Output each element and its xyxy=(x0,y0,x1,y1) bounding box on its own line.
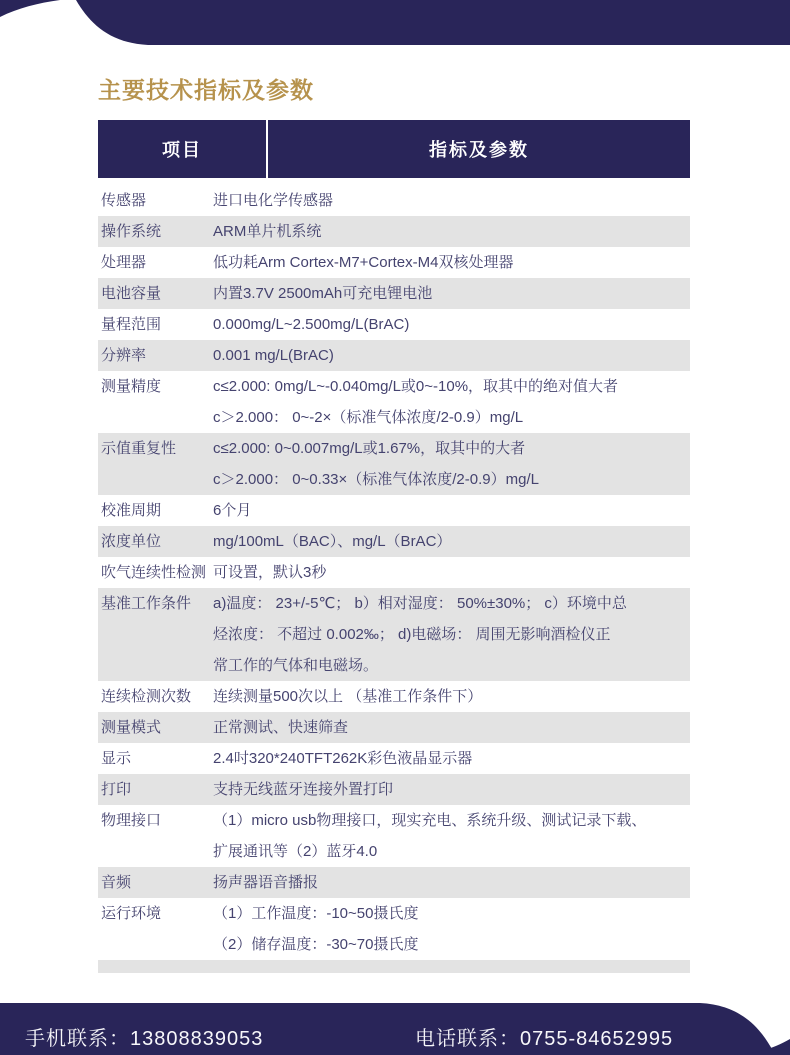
value-line: 扩展通讯等（2）蓝牙4.0 xyxy=(213,836,690,867)
value-line: 烃浓度： 不超过 0.002‰； d)电磁场： 周围无影响酒检仪正 xyxy=(213,619,690,650)
row-value: 支持无线蓝牙连接外置打印 xyxy=(213,774,690,805)
page-title: 主要技术指标及参数 xyxy=(98,72,314,105)
row-label: 连续检测次数 xyxy=(98,681,213,712)
value-line: c＞2.000： 0~-2×（标准气体浓度/2-0.9）mg/L xyxy=(213,402,690,433)
value-line: 6个月 xyxy=(213,495,690,526)
table-row: 操作系统ARM单片机系统 xyxy=(98,216,690,247)
value-line: 进口电化学传感器 xyxy=(213,185,690,216)
row-value: 正常测试、快速筛查 xyxy=(213,712,690,743)
row-label: 浓度单位 xyxy=(98,526,213,557)
table-row: 传感器进口电化学传感器 xyxy=(98,185,690,216)
row-value: ARM单片机系统 xyxy=(213,216,690,247)
table-row: 电池容量内置3.7V 2500mAh可充电锂电池 xyxy=(98,278,690,309)
header-col-spec: 指标及参数 xyxy=(268,120,690,178)
table-row: 测量模式正常测试、快速筛查 xyxy=(98,712,690,743)
table-row: 音频扬声器语音播报 xyxy=(98,867,690,898)
value-line: 2.4吋320*240TFT262K彩色液晶显示器 xyxy=(213,743,690,774)
row-value: 0.001 mg/L(BrAC) xyxy=(213,340,690,371)
value-line: a)温度： 23+/-5℃； b）相对湿度： 50%±30%； c）环境中总 xyxy=(213,588,690,619)
top-banner-shape xyxy=(0,0,790,60)
row-value: 低功耗Arm Cortex-M7+Cortex-M4双核处理器 xyxy=(213,247,690,278)
row-label: 运行环境 xyxy=(98,898,213,929)
table-row: 处理器低功耗Arm Cortex-M7+Cortex-M4双核处理器 xyxy=(98,247,690,278)
row-label: 测量精度 xyxy=(98,371,213,402)
value-line: c＞2.000： 0~0.33×（标准气体浓度/2-0.9）mg/L xyxy=(213,464,690,495)
table-row: 校准周期6个月 xyxy=(98,495,690,526)
table-row: 量程范围0.000mg/L~2.500mg/L(BrAC) xyxy=(98,309,690,340)
spec-table-body: 传感器进口电化学传感器操作系统ARM单片机系统处理器低功耗Arm Cortex-… xyxy=(98,185,690,973)
row-label: 传感器 xyxy=(98,185,213,216)
row-label: 吹气连续性检测 xyxy=(98,557,213,588)
value-line: （1）micro usb物理接口，现实充电、系统升级、测试记录下载、 xyxy=(213,805,690,836)
value-line: 常工作的气体和电磁场。 xyxy=(213,650,690,681)
value-line: ARM单片机系统 xyxy=(213,216,690,247)
footer-mobile-contact: 手机联系：13808839053 xyxy=(25,1022,263,1051)
row-value: 连续测量500次以上 （基准工作条件下） xyxy=(213,681,690,712)
value-line: 支持无线蓝牙连接外置打印 xyxy=(213,774,690,805)
row-value: 6个月 xyxy=(213,495,690,526)
value-line: 内置3.7V 2500mAh可充电锂电池 xyxy=(213,278,690,309)
row-label: 处理器 xyxy=(98,247,213,278)
table-header: 项目 指标及参数 xyxy=(98,120,690,178)
table-row: 吹气连续性检测可设置，默认3秒 xyxy=(98,557,690,588)
row-label: 物理接口 xyxy=(98,805,213,836)
value-line: 正常测试、快速筛查 xyxy=(213,712,690,743)
row-label: 音频 xyxy=(98,867,213,898)
row-label: 测量模式 xyxy=(98,712,213,743)
row-value: 扬声器语音播报 xyxy=(213,867,690,898)
header-col-item: 项目 xyxy=(98,120,266,178)
table-row: 示值重复性c≤2.000: 0~0.007mg/L或1.67%，取其中的大者c＞… xyxy=(98,433,690,495)
empty-row-strip xyxy=(98,960,690,973)
row-label: 示值重复性 xyxy=(98,433,213,464)
table-row: 显示2.4吋320*240TFT262K彩色液晶显示器 xyxy=(98,743,690,774)
row-value: 内置3.7V 2500mAh可充电锂电池 xyxy=(213,278,690,309)
value-line: 0.001 mg/L(BrAC) xyxy=(213,340,690,371)
spec-table: 项目 指标及参数 传感器进口电化学传感器操作系统ARM单片机系统处理器低功耗Ar… xyxy=(98,120,690,973)
row-value: a)温度： 23+/-5℃； b）相对湿度： 50%±30%； c）环境中总烃浓… xyxy=(213,588,690,681)
value-line: （2）储存温度：-30~70摄氏度 xyxy=(213,929,690,960)
row-label: 量程范围 xyxy=(98,309,213,340)
table-row: 分辨率0.001 mg/L(BrAC) xyxy=(98,340,690,371)
value-line: mg/100mL（BAC）、mg/L（BrAC） xyxy=(213,526,690,557)
row-label: 分辨率 xyxy=(98,340,213,371)
row-value: （1）micro usb物理接口，现实充电、系统升级、测试记录下载、扩展通讯等（… xyxy=(213,805,690,867)
row-label: 打印 xyxy=(98,774,213,805)
value-line: c≤2.000: 0~0.007mg/L或1.67%，取其中的大者 xyxy=(213,433,690,464)
value-line: 0.000mg/L~2.500mg/L(BrAC) xyxy=(213,309,690,340)
row-value: 2.4吋320*240TFT262K彩色液晶显示器 xyxy=(213,743,690,774)
value-line: 扬声器语音播报 xyxy=(213,867,690,898)
row-value: c≤2.000: 0mg/L~-0.040mg/L或0~-10%，取其中的绝对值… xyxy=(213,371,690,433)
row-value: 0.000mg/L~2.500mg/L(BrAC) xyxy=(213,309,690,340)
value-line: （1）工作温度：-10~50摄氏度 xyxy=(213,898,690,929)
footer-phone-contact: 电话联系：0755-84652995 xyxy=(415,1022,673,1051)
row-label: 操作系统 xyxy=(98,216,213,247)
row-value: mg/100mL（BAC）、mg/L（BrAC） xyxy=(213,526,690,557)
table-row: 浓度单位mg/100mL（BAC）、mg/L（BrAC） xyxy=(98,526,690,557)
table-row: 测量精度c≤2.000: 0mg/L~-0.040mg/L或0~-10%，取其中… xyxy=(98,371,690,433)
row-label: 显示 xyxy=(98,743,213,774)
table-row: 连续检测次数连续测量500次以上 （基准工作条件下） xyxy=(98,681,690,712)
row-label: 校准周期 xyxy=(98,495,213,526)
value-line: 可设置，默认3秒 xyxy=(213,557,690,588)
table-row: 打印支持无线蓝牙连接外置打印 xyxy=(98,774,690,805)
row-label: 基准工作条件 xyxy=(98,588,213,619)
row-value: （1）工作温度：-10~50摄氏度（2）储存温度：-30~70摄氏度 xyxy=(213,898,690,960)
table-row: 基准工作条件a)温度： 23+/-5℃； b）相对湿度： 50%±30%； c）… xyxy=(98,588,690,681)
table-row: 物理接口（1）micro usb物理接口，现实充电、系统升级、测试记录下载、扩展… xyxy=(98,805,690,867)
value-line: c≤2.000: 0mg/L~-0.040mg/L或0~-10%，取其中的绝对值… xyxy=(213,371,690,402)
row-label: 电池容量 xyxy=(98,278,213,309)
row-value: 进口电化学传感器 xyxy=(213,185,690,216)
value-line: 连续测量500次以上 （基准工作条件下） xyxy=(213,681,690,712)
table-row: 运行环境（1）工作温度：-10~50摄氏度（2）储存温度：-30~70摄氏度 xyxy=(98,898,690,960)
row-value: 可设置，默认3秒 xyxy=(213,557,690,588)
row-value: c≤2.000: 0~0.007mg/L或1.67%，取其中的大者c＞2.000… xyxy=(213,433,690,495)
value-line: 低功耗Arm Cortex-M7+Cortex-M4双核处理器 xyxy=(213,247,690,278)
